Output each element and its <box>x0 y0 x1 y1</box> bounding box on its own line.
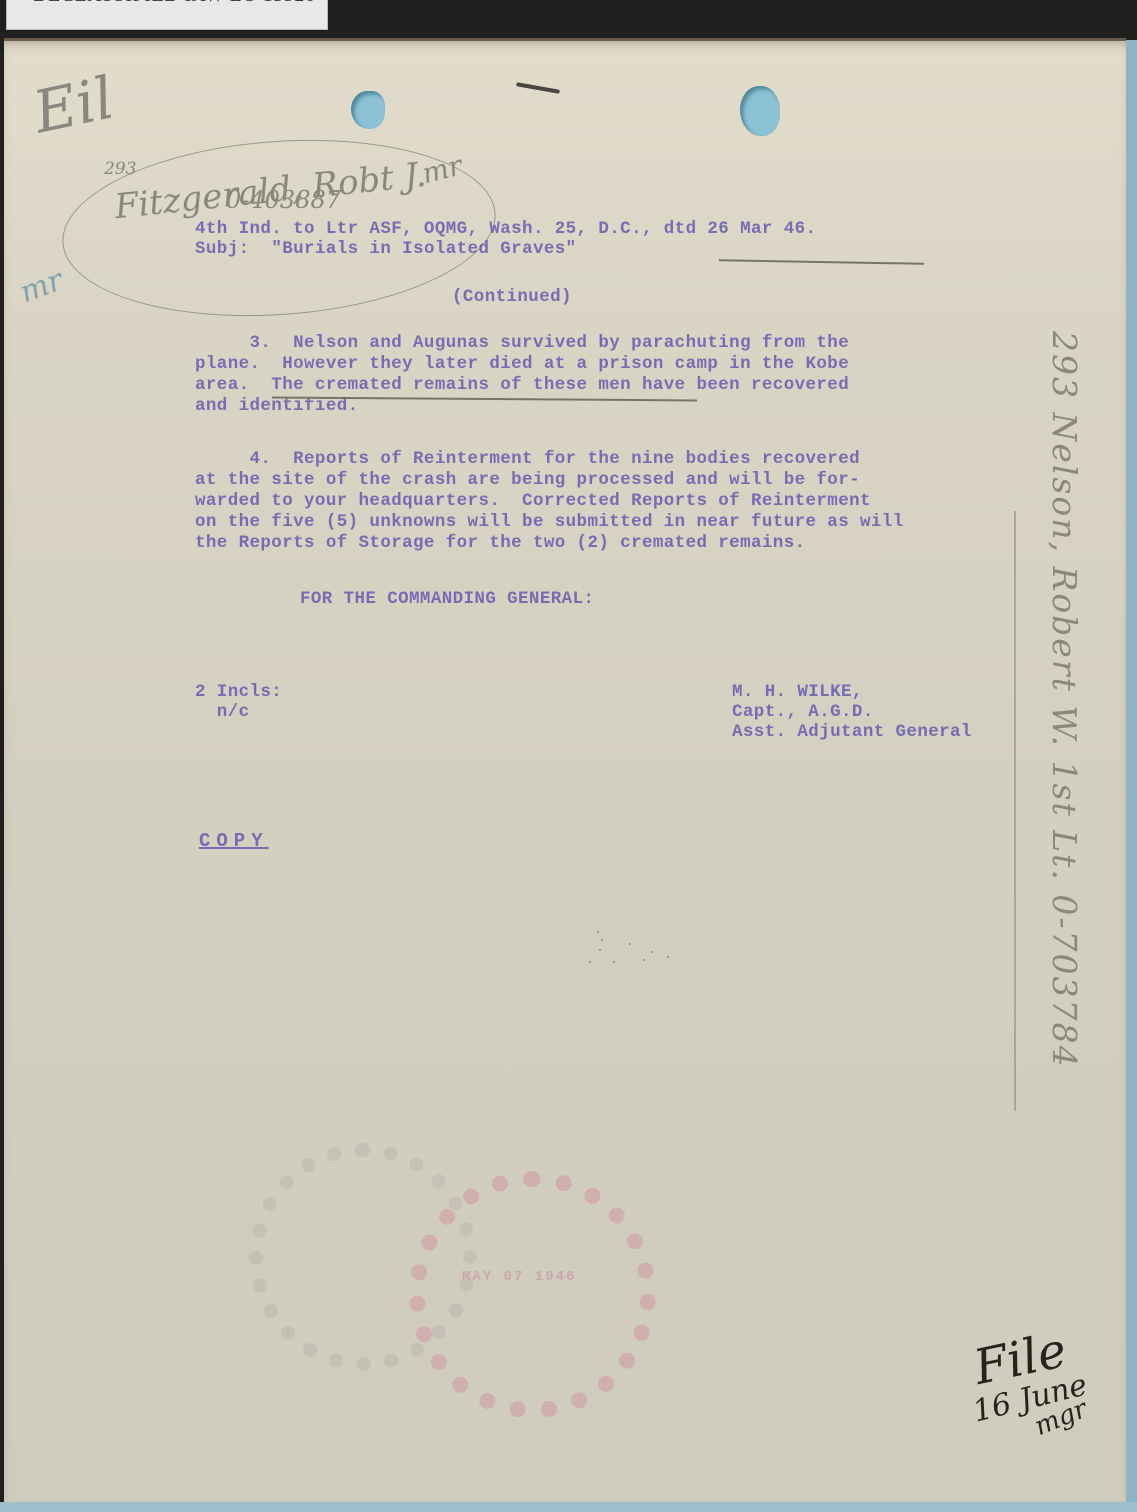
stamp-date: MAY 07 1946 <box>462 1269 576 1285</box>
staple-icon <box>516 82 560 94</box>
pencil-margin-line <box>1014 511 1016 1111</box>
declassification-text: DECLASSIFIED IAW EO 13526 <box>33 0 315 6</box>
subject-text: "Burials in Isolated Graves" <box>271 239 576 259</box>
enclosures-note: n/c <box>195 702 250 723</box>
handwritten-initials-top-left: Eil <box>28 63 120 146</box>
indorsement-header: 4th Ind. to Ltr ASF, OQMG, Wash. 25, D.C… <box>195 219 816 240</box>
subject-label: Subj: <box>195 239 250 259</box>
punch-hole-left <box>351 91 385 129</box>
blue-backing-bottom <box>0 1502 1137 1512</box>
declassification-label: DECLASSIFIED IAW EO 13526 <box>6 0 328 30</box>
paragraph-4-line-3: warded to your headquarters. Corrected R… <box>195 491 871 512</box>
signer-rank: Capt., A.G.D. <box>732 702 874 723</box>
copy-mark: COPY <box>199 831 269 852</box>
signer-title: Asst. Adjutant General <box>732 722 972 743</box>
handwritten-left-margin-initials: mr <box>15 263 67 311</box>
paragraph-4-line-5: the Reports of Storage for the two (2) c… <box>195 533 806 554</box>
signer-name: M. H. WILKE, <box>732 682 863 703</box>
enclosures-label: 2 Incls: <box>195 682 282 703</box>
punch-hole-right <box>740 86 780 136</box>
pencil-underline-subject <box>719 259 924 265</box>
handwritten-oval-number: 293 <box>104 159 136 179</box>
document-page: Eil 293 Fitzgerald, Robt J. mr 0-403887 … <box>4 38 1126 1507</box>
paragraph-3-line-3: area. The cremated remains of these men … <box>195 375 849 396</box>
subject-line: Subj: "Burials in Isolated Graves" <box>195 239 577 260</box>
handwritten-oval-serial: 0-403887 <box>226 186 341 214</box>
paragraph-4-line-2: at the site of the crash are being proce… <box>195 470 860 491</box>
paragraph-3-line-4: and identified. <box>195 396 359 417</box>
paragraph-3-line-2: plane. However they later died at a pris… <box>195 354 849 375</box>
continued-label: (Continued) <box>452 287 572 308</box>
handwritten-right-margin-note: 293 Nelson, Robert W. 1st Lt. 0-703784 <box>1045 331 1084 1068</box>
received-stamp-pink <box>409 1171 656 1418</box>
paragraph-4-line-4: on the five (5) unknowns will be submitt… <box>195 512 904 533</box>
ink-specks <box>579 921 699 1001</box>
for-commanding-general: FOR THE COMMANDING GENERAL: <box>300 589 594 610</box>
paragraph-4-line-1: 4. Reports of Reinterment for the nine b… <box>195 449 860 470</box>
paragraph-3-line-1: 3. Nelson and Augunas survived by parach… <box>195 333 849 354</box>
